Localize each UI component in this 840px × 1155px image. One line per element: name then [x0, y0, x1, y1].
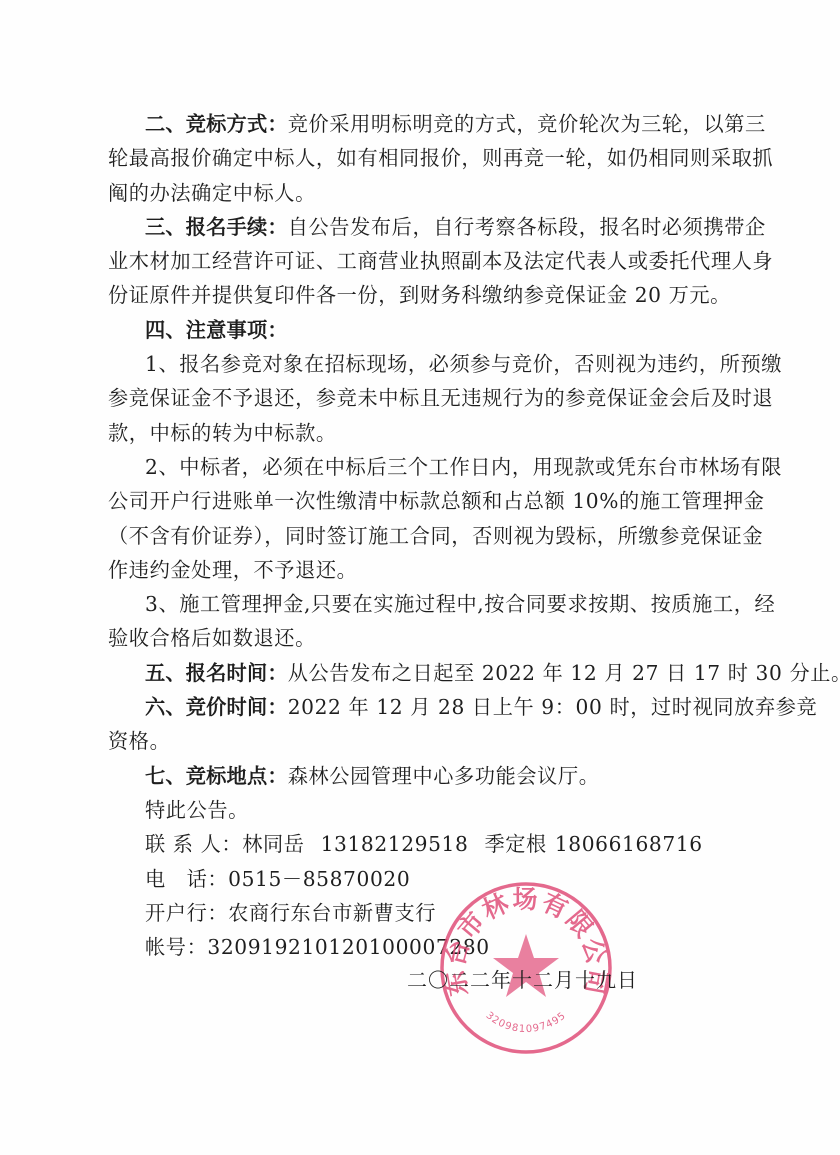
bank-value: 农商行东台市新曹支行 — [228, 901, 436, 925]
notice-item-1-line-3: 款，中标的转为中标款。 — [108, 416, 708, 450]
account-line: 帐号：320919210120100007280 — [108, 930, 708, 964]
section-7-line-1: 七、竞标地点：森林公园管理中心多功能会议厅。 — [108, 759, 708, 793]
section-6-line-2: 资格。 — [108, 724, 708, 758]
section-3-line-1: 三、报名手续：自公告发布后，自行考察各标段，报名时必须携带企 — [108, 210, 708, 244]
section-2-line-2: 轮最高报价确定中标人，如有相同报价，则再竞一轮，如仍相同则采取抓 — [108, 141, 708, 175]
telephone-line: 电 话：0515－85870020 — [108, 862, 708, 896]
section-2-line-1: 二、竞标方式：竞价采用明标明竞的方式，竞价轮次为三轮，以第三 — [108, 107, 708, 141]
section-6-heading: 六、竞价时间： — [145, 695, 288, 719]
contact-line: 联 系 人：林同岳13182129518季定根18066168716 — [108, 827, 708, 861]
notice-item-3-line-2: 验收合格后如数退还。 — [108, 621, 708, 655]
closing-text: 特此公告。 — [108, 793, 708, 827]
contact-phone-2: 18066168716 — [555, 832, 703, 856]
section-2-line-3: 阄的办法确定中标人。 — [108, 176, 708, 210]
notice-item-2-line-2: 公司开户行进账单一次性缴清中标款总额和占总额 10%的施工管理押金 — [108, 484, 708, 518]
contact-person-1: 林同岳 — [242, 832, 304, 856]
section-3-heading: 三、报名手续： — [145, 215, 288, 239]
section-6-line-1: 六、竞价时间：2022 年 12 月 28 日上午 9：00 时，过时视同放弃参… — [108, 690, 708, 724]
section-7-heading: 七、竞标地点： — [145, 764, 288, 788]
section-5-line-1: 五、报名时间：从公告发布之日起至 2022 年 12 月 27 日 17 时 3… — [108, 656, 708, 690]
document-date: 二〇二二年十二月十九日 — [407, 965, 638, 995]
section-3-line-3: 份证原件并提供复印件各一份，到财务科缴纳参竞保证金 20 万元。 — [108, 278, 708, 312]
contact-phone-1: 13182129518 — [321, 832, 469, 856]
telephone-value: 0515－85870020 — [228, 867, 410, 891]
svg-text:320981097495: 320981097495 — [484, 1010, 569, 1035]
document-body: 二、竞标方式：竞价采用明标明竞的方式，竞价轮次为三轮，以第三 轮最高报价确定中标… — [108, 107, 708, 964]
section-4-heading: 四、注意事项： — [108, 313, 708, 347]
notice-item-2-line-1: 2、中标者，必须在中标后三个工作日内，用现款或凭东台市林场有限 — [108, 450, 708, 484]
notice-item-2-line-3: （不含有价证券），同时签订施工合同，否则视为毁标，所缴参竞保证金 — [108, 519, 708, 553]
section-3-line-2: 业木材加工经营许可证、工商营业执照副本及法定代表人或委托代理人身 — [108, 244, 708, 278]
section-2-heading: 二、竞标方式： — [145, 112, 288, 136]
document-page: 二、竞标方式：竞价采用明标明竞的方式，竞价轮次为三轮，以第三 轮最高报价确定中标… — [0, 0, 840, 1155]
notice-item-2-line-4: 作违约金处理，不予退还。 — [108, 553, 708, 587]
notice-item-1-line-1: 1、报名参竞对象在招标现场，必须参与竞价，否则视为违约，所预缴 — [108, 347, 708, 381]
notice-item-3-line-1: 3、施工管理押金,只要在实施过程中,按合同要求按期、按质施工，经 — [108, 587, 708, 621]
section-5-heading: 五、报名时间： — [145, 661, 288, 685]
notice-item-1-line-2: 参竞保证金不予退还，参竞未中标且无违规行为的参竞保证金会后及时退 — [108, 381, 708, 415]
contact-person-2: 季定根 — [484, 832, 546, 856]
bank-line: 开户行：农商行东台市新曹支行 — [108, 896, 708, 930]
